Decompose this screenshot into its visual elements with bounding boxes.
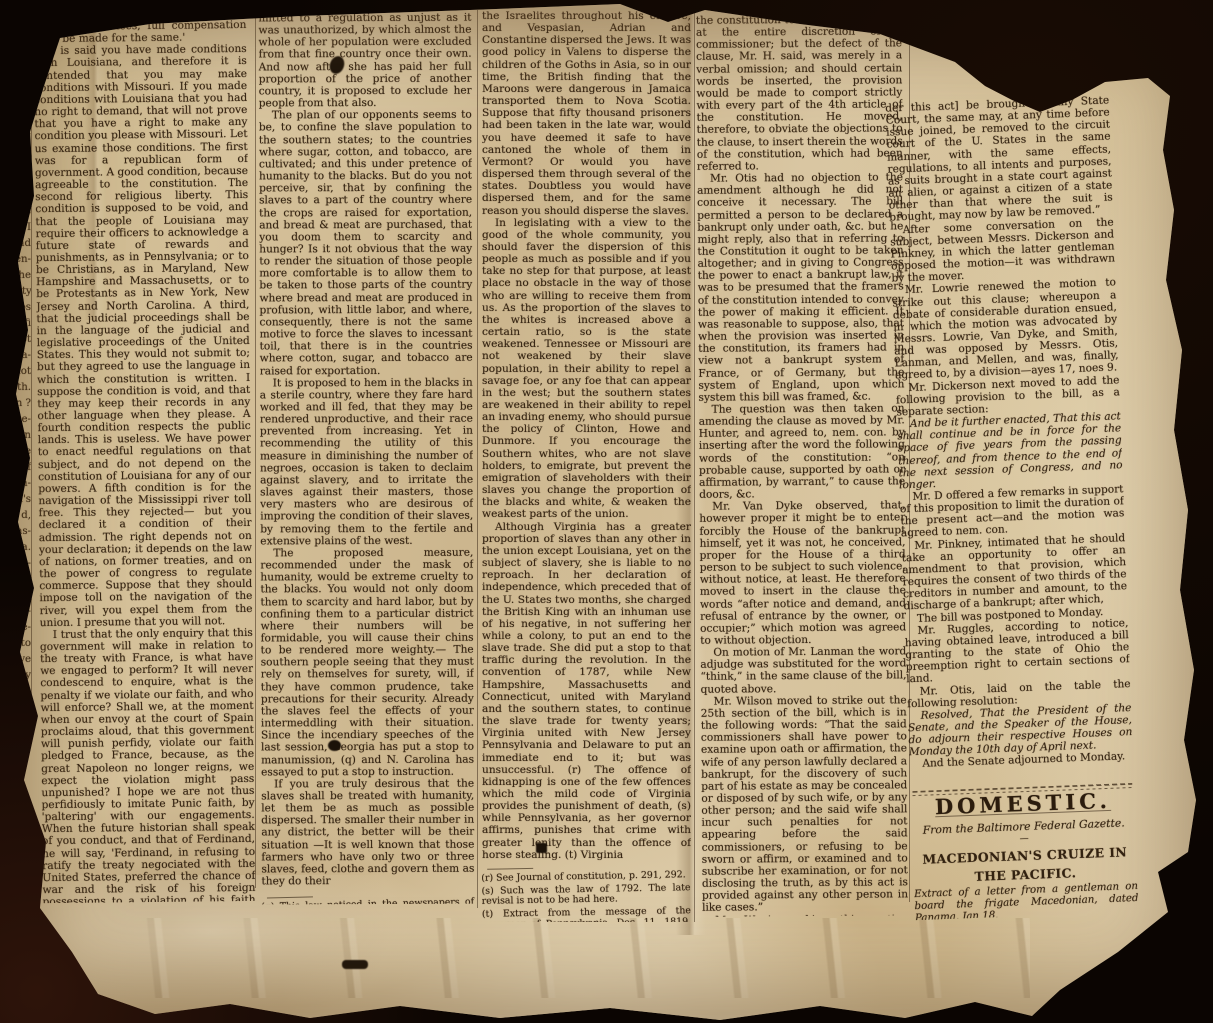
paragraph: Mr. Wilson moved to strike out the 25th … — [701, 694, 909, 914]
paragraph: Mr. Lowrie renewed the motion to strike … — [892, 277, 1119, 382]
paragraph: Mr. Ruggles, according to notice, having… — [904, 617, 1130, 686]
edge-fragment-text: en — [11, 428, 31, 444]
edge-fragment-text: If I — [11, 220, 31, 236]
edge-fragment-text: ch- — [11, 476, 31, 492]
paragraph: Resolved, That the President of the Sena… — [907, 702, 1133, 759]
paragraph: Mr. D offered a few remarks in support o… — [899, 483, 1125, 540]
column-rule — [255, 16, 256, 888]
edge-fragment-text: ers — [11, 204, 31, 220]
edge-fragment-text: i- — [11, 684, 31, 700]
edge-fragment-text: th. — [11, 380, 31, 396]
paragraph: And be it further enacted, That this act… — [897, 410, 1124, 491]
edge-fragment-text: se- — [11, 412, 31, 428]
edge-fragment-text: ce — [11, 444, 31, 460]
article-byline: Extract of a letter from a gentleman on … — [914, 881, 1139, 920]
footnote-block: (q) This law noticed in the newspapers o… — [261, 893, 475, 905]
edge-fragment-text: en- — [11, 252, 31, 268]
photo-backdrop: on.no-ofemthtotu-ersIf Inden-theartyapsl… — [0, 0, 1213, 1023]
column-paragraphs: particular services, full compensation s… — [33, 19, 255, 903]
edge-fragment-text: y — [11, 668, 31, 684]
edge-fragment-text: of — [11, 716, 31, 732]
edge-fragment-text: ve — [11, 652, 31, 668]
paragraph: It is said you have made conditions with… — [34, 43, 253, 629]
edge-fragment-text: o — [11, 700, 31, 716]
column-paragraphs: der this act] be brought in any State Co… — [885, 94, 1133, 770]
edge-fragment-text: the — [11, 268, 31, 284]
paragraph: der this act] be brought in any State Co… — [885, 94, 1113, 224]
edge-fragment-text: to — [11, 636, 31, 652]
paragraph: The proposed measure, recommended under … — [260, 547, 474, 779]
paragraph: Mr. Pinkney, intimated that he should ta… — [901, 532, 1128, 613]
edge-fragment-text: alf — [11, 460, 31, 476]
text-column-2: mitted to a regulation as unjust as it w… — [258, 12, 474, 905]
paragraph: If you are truly desirous that the slave… — [261, 777, 474, 887]
edge-fragment-text: em — [11, 140, 31, 156]
edge-fragment-text: on. — [11, 92, 31, 108]
text-column-4: the constitution to leave such a power a… — [696, 13, 908, 916]
text-column-1: particular services, full compensation s… — [33, 19, 255, 903]
paragraph: The question was then taken on amending … — [699, 402, 906, 501]
edge-fragment-text: tu- — [11, 188, 31, 204]
footnote: (q) This law noticed in the newspapers o… — [261, 898, 474, 905]
edge-fragment-text: r- — [11, 604, 31, 620]
paragraph: I trust that the only enquiry that this … — [40, 627, 256, 903]
edge-fragment-text: n ? — [11, 396, 31, 412]
footnote: (t) Extract from the message of the gove… — [482, 906, 691, 922]
edge-fragment-text: of — [11, 124, 31, 140]
edge-fragment-text: as- — [11, 524, 31, 540]
paragraph: Although Virginia has a greater proporti… — [482, 521, 691, 861]
column-rule — [694, 10, 695, 922]
column-rule — [31, 88, 32, 736]
edge-fragment-text: nd — [11, 236, 31, 252]
column-paragraphs: the constitution to leave such a power a… — [696, 13, 908, 916]
paragraph: In legislating with a view to the good o… — [482, 217, 691, 521]
column-paragraphs: mitted to a regulation as unjust as it w… — [258, 12, 474, 888]
paragraph: After some conversation on the subject, … — [890, 216, 1116, 285]
edge-fragment-text: er- — [11, 556, 31, 572]
paragraph: the constitution to leave such a power a… — [696, 13, 903, 172]
edge-fragment-text: ea- — [11, 348, 31, 364]
edge-fragment-text: arty — [11, 284, 31, 300]
torn-edge-fragment-column: on.no-ofemthtotu-ersIf Inden-theartyapsl… — [11, 92, 31, 732]
edge-fragment-text: not — [11, 364, 31, 380]
domestic-section: DOMESTIC. From the Baltimore Federal Gaz… — [910, 783, 1139, 921]
paper-crease — [110, 918, 1030, 998]
edge-fragment-text: no- — [11, 108, 31, 124]
paragraph: Mr. Otis had no objection to the amendme… — [697, 171, 905, 403]
edge-fragment-text: th — [11, 156, 31, 172]
edge-fragment-text: h's — [11, 492, 31, 508]
column-rule — [477, 10, 478, 908]
paragraph: particular services, full compensation s… — [33, 19, 246, 46]
newspaper-clipping: on.no-ofemthtotu-ersIf Inden-theartyapsl… — [0, 0, 1213, 1023]
edge-fragment-text: not — [11, 332, 31, 348]
edge-fragment-text: to — [11, 172, 31, 188]
edge-fragment-text: lefi — [11, 316, 31, 332]
paragraph: the Israelites throughout his empire, an… — [482, 10, 691, 217]
paragraph: The plan of our opponents seems to be, t… — [259, 109, 473, 377]
text-column-3: the Israelites throughout his empire, an… — [482, 10, 691, 922]
footnote-block: (r) See Journal of constitution, p. 291,… — [482, 865, 691, 922]
footnote: (s) Such was the law of 1792. The late r… — [482, 883, 691, 908]
column-paragraphs: the Israelites throughout his empire, an… — [482, 10, 691, 861]
edge-fragment-text: e- — [11, 620, 31, 636]
ink-blot — [342, 960, 368, 969]
section-heading: DOMESTIC. — [911, 794, 1135, 814]
paragraph: On motion of Mr. Lanman the word adjudge… — [700, 645, 906, 695]
edge-fragment-text: at — [11, 588, 31, 604]
edge-fragment-text: aps — [11, 300, 31, 316]
edge-fragment-text: fe — [11, 572, 31, 588]
edge-fragment-text: d, — [11, 508, 31, 524]
text-column-5: der this act] be brought in any State Co… — [885, 94, 1139, 920]
paragraph: mitted to a regulation as unjust as it w… — [258, 12, 471, 110]
edge-fragment-text: na. — [11, 540, 31, 556]
paragraph: It is proposed to hem in the blacks in a… — [260, 376, 474, 547]
paragraph: Mr. Van Dyke observed, that, however pro… — [699, 500, 906, 647]
